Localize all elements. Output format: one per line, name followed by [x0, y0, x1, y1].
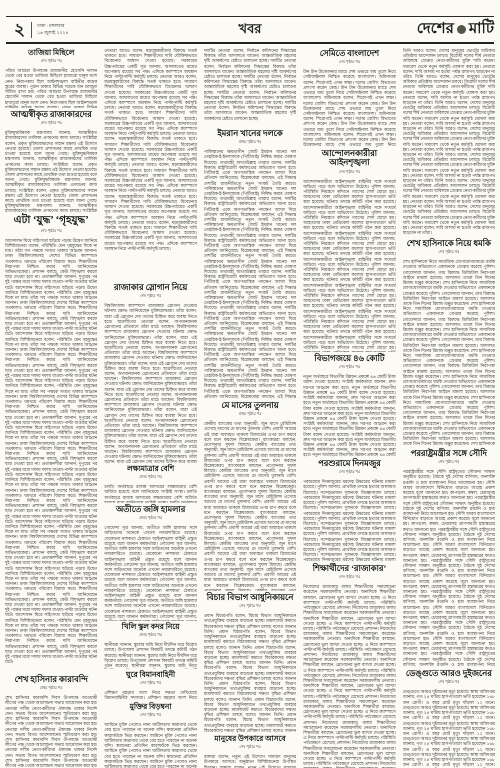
- article-headline: ইমরান খানের দলকে: [204, 127, 296, 139]
- continued-from-label: প্রথম পৃষ্ঠার পর: [104, 474, 196, 483]
- article-body: জামিনে মুক্তি পেলেও নানা জটিলতায় কারাগা…: [104, 721, 196, 768]
- columns: তাজিয়া মিছিলেশেষ পৃষ্ঠার পরপবিত্র আশুরা…: [5, 47, 495, 768]
- article: সেমিতে বাংলাদেশশেষ পৃষ্ঠার পরটান টান উত্…: [303, 47, 395, 147]
- article-body: পাকিস্তানের ক্ষমতাসীন জোট ইমরান খানের দল…: [204, 148, 296, 399]
- column-1: তাজিয়া মিছিলেশেষ পৃষ্ঠার পরপবিত্র আশুরা…: [5, 47, 97, 768]
- article-body: শেখ হাসিনাকে নিয়ে সামাজিক যোগাযোগমাধ্যম…: [403, 258, 495, 447]
- article-body: আন্দোলনকারীরা আইনশৃঙ্খলা বাহিনীর সঙ্গে স…: [303, 178, 395, 352]
- article-headline: লক্ষ্যমাত্রার বেশি: [104, 463, 196, 474]
- article-headline: মানুষের উপকারে আসবে: [204, 733, 296, 744]
- article-headline: পরশুরামে দিনমজুর: [303, 457, 395, 469]
- article-headline: রাজাকার স্লোগান নিয়ে: [104, 281, 196, 293]
- article-headline: মে মাসের তুলনায়: [204, 399, 296, 411]
- article-body: চলতি অর্থবছরে রাজস্ব আদায়ের লক্ষ্যমাত্র…: [104, 483, 196, 503]
- header-rule: [6, 42, 494, 44]
- article: আন্দোলনকারীরা আইনশৃঙ্খলাশেষ পৃষ্ঠার পরআন…: [303, 147, 395, 352]
- article: খিলি স্কুল কদর নিয়েপ্রথম পৃষ্ঠার পরস্থা…: [104, 621, 196, 669]
- article: পররাষ্ট্রমন্ত্রীর সঙ্গে সৌদিশেষ পৃষ্ঠার …: [403, 447, 495, 667]
- article: তিনি আরও বলেন, দেশের মানুষের ভোটের অধিকা…: [403, 47, 495, 237]
- article: এটা ‘যুদ্ধ’ ‘গৃহযুদ্ধ’শেষ পৃষ্ঠার পরআন্দ…: [5, 213, 97, 673]
- continued-from-label: শেষ পৃষ্ঠার পর: [303, 169, 395, 178]
- continued-from-label: শেষ পৃষ্ঠার পর: [303, 364, 395, 373]
- masthead-dot-icon: [457, 25, 466, 34]
- continued-from-label: শেষ পৃষ্ঠার পর: [403, 679, 495, 688]
- article: দলটির নেতারা বলেন, নির্বাচন কমিশনের সিদ্…: [204, 47, 296, 127]
- article-body: পরশুরামে দিনমজুরের মরদেহ উদ্ধারের ঘটনায়…: [303, 478, 395, 562]
- article-body: আন্দোলন ঘিরে সহিংসতা ছড়িয়ে পড়ায় উদ্ব…: [5, 237, 97, 673]
- article: আত্মস্বীকৃত রাজাকারদেরশেষ পৃষ্ঠার পরমুক্…: [5, 108, 97, 213]
- header-divider: [31, 22, 32, 38]
- continued-from-label: প্রথম পৃষ্ঠার পর: [204, 139, 296, 148]
- continued-from-label: শেষ পৃষ্ঠার পর: [5, 228, 97, 237]
- continued-from-label: শেষ পৃষ্ঠার পর: [204, 744, 296, 753]
- article-body: পবিত্র আশুরা উপলক্ষে রাজধানীর হোসেনি দাল…: [5, 67, 97, 108]
- article: মে মাসের তুলনায়প্রথম পৃষ্ঠার পরকেন্দ্রী…: [204, 399, 296, 591]
- masthead-word-right: মাটি: [469, 17, 494, 42]
- article: অতীতে জঙ্গি হামলারপ্রথম পৃষ্ঠার পরগোয়েন…: [104, 503, 196, 621]
- continued-from-label: শেষ পৃষ্ঠার পর: [303, 469, 395, 478]
- article-body: শেখ হাসিনার কারাবন্দি দিবস উপলক্ষে আওয়া…: [5, 694, 97, 768]
- article-headline: আন্দোলনকারীরা আইনশৃঙ্খলা: [303, 147, 395, 169]
- article-body: তিনি আরও বলেন, দেশের মানুষের ভোটের অধিকা…: [403, 47, 495, 237]
- article-headline: সেমিতে বাংলাদেশ: [303, 47, 395, 59]
- article-body: টান টান উত্তেজনার ম্যাচে শেষ ওভারে জয় ত…: [303, 68, 395, 147]
- article: শেখ হাসিনাকে নিয়ে ধমকিশেষ পৃষ্ঠার পরশেখ…: [403, 237, 495, 447]
- continued-from-label: শেষ পৃষ্ঠার পর: [303, 59, 395, 68]
- column-5: তিনি আরও বলেন, দেশের মানুষের ভোটের অধিকা…: [403, 47, 495, 768]
- continued-from-label: শেষ পৃষ্ঠার পর: [104, 712, 196, 721]
- article-body: নিজেদের রাজাকার বলায় শিক্ষার্থীদের সমাল…: [303, 583, 395, 768]
- continued-from-label: শেষ পৃষ্ঠার পর: [403, 249, 495, 258]
- article: শেখ হাসিনার কারাবন্দিপ্রথম পৃষ্ঠার পরশেখ…: [5, 673, 97, 768]
- article-headline: শিক্ষার্থীদের ‘রাজাকার’: [303, 562, 395, 574]
- masthead-word-left: দেশের: [417, 17, 454, 42]
- article-body: বক্তারা বলেন, নতুন এই উদ্যোগ সাধারণ মানু…: [204, 753, 296, 768]
- continued-from-label: শেষ পৃষ্ঠার পর: [5, 58, 97, 67]
- article-body: প্রধান বিচারপতি বলেন, বিচার বিভাগ আধুনিক…: [204, 612, 296, 733]
- continued-from-label: শেষ পৃষ্ঠার পর: [403, 459, 495, 468]
- article-body: বিশ্ববিদ্যালয় ক্যাম্পাসে রাজাকার স্লোগা…: [104, 302, 196, 463]
- article: রাজাকার স্লোগান নিয়েশেষ পৃষ্ঠার পরবিশ্ব…: [104, 281, 196, 463]
- dateline-bottom: ১৬ জুলাই ২০২৪: [37, 30, 68, 37]
- article-headline: খিলি স্কুল কদর নিয়ে: [104, 621, 196, 632]
- article-headline: আত্মস্বীকৃত রাজাকারদের: [5, 108, 97, 120]
- article-body: গোয়েন্দা সূত্র জানায়, অতীতে জঙ্গি হামল…: [104, 524, 196, 621]
- newspaper-page: খবর ২ ঢাকা : মঙ্গলবার ১৬ জুলাই ২০২৪ দেশে…: [0, 0, 500, 768]
- article: শিক্ষার্থীদের ‘রাজাকার’শেষ পৃষ্ঠার পরনিজ…: [303, 562, 395, 768]
- article-headline: অতীতে জঙ্গি হামলার: [104, 503, 196, 515]
- article-headline: পররাষ্ট্রমন্ত্রীর সঙ্গে সৌদি: [403, 447, 495, 459]
- continued-from-label: প্রথম পৃষ্ঠার পর: [104, 515, 196, 524]
- article-headline: বিচার বিভাগ আধুনিকায়নে: [204, 591, 296, 603]
- continued-from-label: প্রথম পৃষ্ঠার পর: [5, 685, 97, 694]
- continued-from-label: শেষ পৃষ্ঠার পর: [104, 680, 196, 689]
- continued-from-label: শেষ পৃষ্ঠার পর: [104, 293, 196, 302]
- page-header: খবর ২ ঢাকা : মঙ্গলবার ১৬ জুলাই ২০২৪ দেশে…: [6, 18, 494, 41]
- article: তাজিয়া মিছিলেশেষ পৃষ্ঠার পরপবিত্র আশুরা…: [5, 47, 97, 108]
- article-body: পররাষ্ট্রমন্ত্রীর সঙ্গে সৌদি রাষ্ট্রদূতে…: [403, 468, 495, 667]
- article-body: নেতারা আরও বলেন, ষড়যন্ত্রকারীদের বিরুদ্…: [104, 47, 196, 281]
- article: মুক্তির বিড়ম্বনাশেষ পৃষ্ঠার পরজামিনে মু…: [104, 701, 196, 768]
- article-body: নতুন অর্থবছরে বিভাগীয় উন্নয়ন প্রকল্পে …: [303, 373, 395, 457]
- article-headline: ডেঙ্গুতে আরও দুইজনের: [403, 667, 495, 679]
- continued-from-label: শেষ পৃষ্ঠার পর: [303, 574, 395, 583]
- article-body: দলটির নেতারা বলেন, নির্বাচন কমিশনের সিদ্…: [204, 47, 296, 127]
- article-headline: শেখ হাসিনার কারাবন্দি: [5, 673, 97, 685]
- article: ঘুরে বিমানবাহিনীশেষ পৃষ্ঠার পরপ্রশিক্ষণ …: [104, 669, 196, 701]
- article: লক্ষ্যমাত্রার বেশিপ্রথম পৃষ্ঠার পরচলতি অ…: [104, 463, 196, 503]
- column-4: সেমিতে বাংলাদেশশেষ পৃষ্ঠার পরটান টান উত্…: [303, 47, 395, 768]
- article-headline: তাজিয়া মিছিলে: [5, 47, 97, 58]
- article: ইমরান খানের দলকেপ্রথম পৃষ্ঠার পরপাকিস্তা…: [204, 127, 296, 399]
- page-number: ২: [6, 21, 31, 38]
- article-body: কেন্দ্রীয় ব্যাংকের তথ্য অনুযায়ী, জুন ম…: [204, 420, 296, 591]
- article-headline: ঘুরে বিমানবাহিনী: [104, 669, 196, 680]
- article: মানুষের উপকারে আসবেশেষ পৃষ্ঠার পরবক্তারা…: [204, 733, 296, 768]
- article-headline: বিভাগজয়ে ৪৬ কোটি: [303, 352, 395, 364]
- article: নেতারা আরও বলেন, ষড়যন্ত্রকারীদের বিরুদ্…: [104, 47, 196, 281]
- dateline-top: ঢাকা : মঙ্গলবার: [37, 23, 68, 30]
- continued-from-label: শেষ পৃষ্ঠার পর: [5, 120, 97, 129]
- continued-from-label: শেষ পৃষ্ঠার পর: [204, 603, 296, 612]
- article-headline: মুক্তির বিড়ম্বনা: [104, 701, 196, 712]
- column-3: দলটির নেতারা বলেন, নির্বাচন কমিশনের সিদ্…: [204, 47, 296, 768]
- article-headline: এটা ‘যুদ্ধ’ ‘গৃহযুদ্ধ’: [5, 213, 97, 228]
- article: বিচার বিভাগ আধুনিকায়নেশেষ পৃষ্ঠার পরপ্র…: [204, 591, 296, 733]
- dateline: ঢাকা : মঙ্গলবার ১৬ জুলাই ২০২৪: [37, 23, 68, 36]
- article-headline: শেখ হাসিনাকে নিয়ে ধমকি: [403, 237, 495, 249]
- column-2: নেতারা আরও বলেন, ষড়যন্ত্রকারীদের বিরুদ্…: [104, 47, 196, 768]
- continued-from-label: প্রথম পৃষ্ঠার পর: [104, 632, 196, 641]
- article-body: মুক্তিযুদ্ধবিষয়ক মন্ত্রণালয় জানায়, আত…: [5, 129, 97, 213]
- article: পরশুরামে দিনমজুরশেষ পৃষ্ঠার পরপরশুরামে দ…: [303, 457, 395, 562]
- article-body: স্থানীয়রা জানান, স্কুলের জমি নিয়ে দীর্…: [104, 641, 196, 669]
- article: বিভাগজয়ে ৪৬ কোটিশেষ পৃষ্ঠার পরনতুন অর্থ…: [303, 352, 395, 457]
- article-body: ডেঙ্গুতে আরও দুইজনের মৃত্যু হয়েছে। স্বা…: [403, 688, 495, 768]
- article: ডেঙ্গুতে আরও দুইজনেরশেষ পৃষ্ঠার পরডেঙ্গু…: [403, 667, 495, 768]
- masthead: দেশের মাটি: [417, 17, 494, 42]
- article-body: প্রশিক্ষণ মহড়ায় অংশ নিয়ে দক্ষতা দেখিয…: [104, 689, 196, 701]
- continued-from-label: প্রথম পৃষ্ঠার পর: [204, 411, 296, 420]
